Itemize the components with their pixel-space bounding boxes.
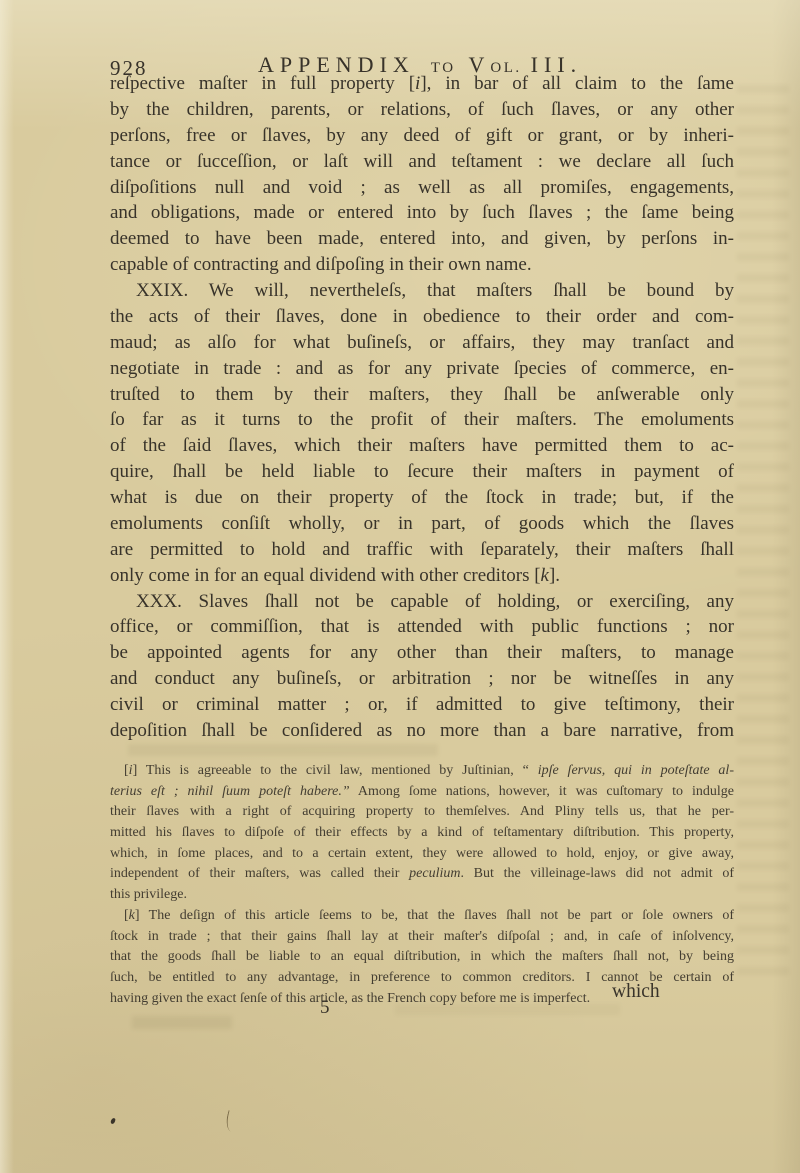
body-line: depoſition ſhall be conſidered as no mor… [110, 718, 734, 744]
text-segment: mitted his ſlaves to diſpoſe of their ef… [110, 825, 734, 840]
body-line: what is due on their property of the ſto… [110, 485, 734, 511]
footnote-line: mitted his ſlaves to diſpoſe of their ef… [110, 823, 734, 844]
text-segment: are permitted to hold and traffic with ſ… [110, 539, 734, 560]
text-segment: and conduct any buſineſs, or arbitration… [110, 668, 734, 689]
body-line: deemed to have been made, entered into, … [110, 226, 734, 252]
text-segment: depoſition ſhall be conſidered as no mor… [110, 720, 734, 741]
showthrough-mid [128, 744, 438, 756]
text-segment: truſted to them by their maſters, they ſ… [110, 384, 734, 405]
body-line: office, or commiſſion, that is attended … [110, 614, 734, 640]
body-line: XXX. Slaves ſhall not be capable of hold… [110, 589, 734, 615]
footnote-line: their ſlaves with a right of acquiring p… [110, 802, 734, 823]
text-segment: diſpoſitions null and void ; as well as … [110, 177, 734, 198]
text-segment: ] The deſign of this article ſeems to be… [135, 908, 734, 923]
footnote-line: [i] This is agreeable to the civil law, … [110, 761, 734, 782]
text-segment: and obligations, made or entered into by… [110, 202, 734, 223]
text-segment: ], in bar of all claim to the ſame [420, 73, 734, 94]
body-line: only come in for an equal dividend with … [110, 563, 734, 589]
footnote-block: [i] This is agreeable to the civil law, … [110, 761, 734, 1009]
body-line: of the ſaid ſlaves, which their maſters … [110, 433, 734, 459]
paper-hair-mark [224, 1110, 238, 1132]
body-line: are permitted to hold and traffic with ſ… [110, 537, 734, 563]
text-segment: ſo far as it turns to the profit of thei… [110, 409, 734, 430]
text-segment: be appointed agents for any other than t… [110, 642, 734, 663]
text-segment: quire, ſhall be held liable to ſecure th… [110, 461, 734, 482]
text-segment: ſtock in trade ; that their gains ſhall … [110, 929, 734, 944]
text-segment: their ſlaves with a right of acquiring p… [110, 804, 734, 819]
body-line: reſpective maſter in full property [i], … [110, 71, 734, 97]
body-line: civil or criminal matter ; or, if admitt… [110, 692, 734, 718]
body-line: negotiate in trade : and as for any priv… [110, 356, 734, 382]
text-segment: that the goods ſhall be liable to an equ… [110, 949, 734, 964]
signature-mark: 5 [320, 997, 330, 1019]
italic-text: terius eſt ; nihil ſuum poteſt habere.” [110, 784, 350, 799]
text-segment: ]. [549, 565, 560, 586]
body-line: truſted to them by their maſters, they ſ… [110, 382, 734, 408]
text-segment: the acts of their ſlaves, done in obedie… [110, 306, 734, 327]
italic-text: k [541, 565, 549, 586]
footnote-line: independent of their maſters, was called… [110, 864, 734, 885]
paper-speck [110, 1118, 116, 1125]
body-line: and obligations, made or entered into by… [110, 200, 734, 226]
footnote-line: ſtock in trade ; that their gains ſhall … [110, 927, 734, 948]
body-line: XXIX. We will, nevertheleſs, that maſter… [110, 278, 734, 304]
body-line: tance or ſucceſſion, or laſt will and te… [110, 149, 734, 175]
text-segment: negotiate in trade : and as for any priv… [110, 358, 734, 379]
text-segment: civil or criminal matter ; or, if admitt… [110, 694, 734, 715]
footnote-line: [k] The deſign of this article ſeems to … [110, 906, 734, 927]
text-segment: office, or commiſſion, that is attended … [110, 616, 734, 637]
text-segment: independent of their maſters, was called… [110, 866, 409, 881]
footnote-line: which, in ſome places, and to a certain … [110, 844, 734, 865]
body-text: reſpective maſter in full property [i], … [110, 71, 734, 744]
footnote-line: that the goods ſhall be liable to an equ… [110, 947, 734, 968]
showthrough-bottom [132, 1016, 232, 1029]
text-segment: . But the villeinage-laws did not admit … [460, 866, 734, 881]
text-segment: reſpective maſter in full property [ [110, 73, 415, 94]
footnote-line: terius eſt ; nihil ſuum poteſt habere.” … [110, 782, 734, 803]
text-segment: XXIX. We will, nevertheleſs, that maſter… [136, 280, 734, 301]
body-line: quire, ſhall be held liable to ſecure th… [110, 459, 734, 485]
text-segment: ] This is agreeable to the civil law, me… [133, 763, 538, 778]
italic-text: peculium [409, 866, 460, 881]
text-segment: emoluments conſiſt wholly, or in part, o… [110, 513, 734, 534]
text-segment: having given the exact ſenſe of this art… [110, 991, 590, 1006]
body-line: emoluments conſiſt wholly, or in part, o… [110, 511, 734, 537]
text-segment: perſons, free or ſlaves, by any deed of … [110, 125, 734, 146]
text-segment: this privilege. [110, 887, 187, 902]
text-segment: what is due on their property of the ſto… [110, 487, 734, 508]
text-segment: Among ſome nations, however, it was cuſt… [350, 784, 734, 799]
body-line: maud; as alſo for what buſineſs, or affa… [110, 330, 734, 356]
body-line: perſons, free or ſlaves, by any deed of … [110, 123, 734, 149]
text-segment: maud; as alſo for what buſineſs, or affa… [110, 332, 734, 353]
body-line: the acts of their ſlaves, done in obedie… [110, 304, 734, 330]
body-line: by the children, parents, or relations, … [110, 97, 734, 123]
body-line: capable of contracting and diſpoſing in … [110, 252, 734, 278]
text-segment: of the ſaid ſlaves, which their maſters … [110, 435, 734, 456]
body-line: be appointed agents for any other than t… [110, 640, 734, 666]
text-segment: by the children, parents, or relations, … [110, 99, 734, 120]
footnote-line: this privilege. [110, 885, 734, 906]
body-line: diſpoſitions null and void ; as well as … [110, 175, 734, 201]
body-line: ſo far as it turns to the profit of thei… [110, 407, 734, 433]
italic-text: ipſe ſervus, qui in poteſtate al- [538, 763, 734, 778]
text-segment: only come in for an equal dividend with … [110, 565, 541, 586]
showthrough-right-margin [737, 85, 789, 985]
book-page: 928 APPENDIXTOVOL.III. reſpective maſter… [0, 0, 800, 1173]
text-segment: capable of contracting and diſpoſing in … [110, 254, 532, 275]
text-segment: which, in ſome places, and to a certain … [110, 846, 734, 861]
text-segment: deemed to have been made, entered into, … [110, 228, 734, 249]
text-segment: XXX. Slaves ſhall not be capable of hold… [136, 591, 734, 612]
catchword: which [612, 981, 660, 1003]
text-segment: tance or ſucceſſion, or laſt will and te… [110, 151, 734, 172]
body-line: and conduct any buſineſs, or arbitration… [110, 666, 734, 692]
